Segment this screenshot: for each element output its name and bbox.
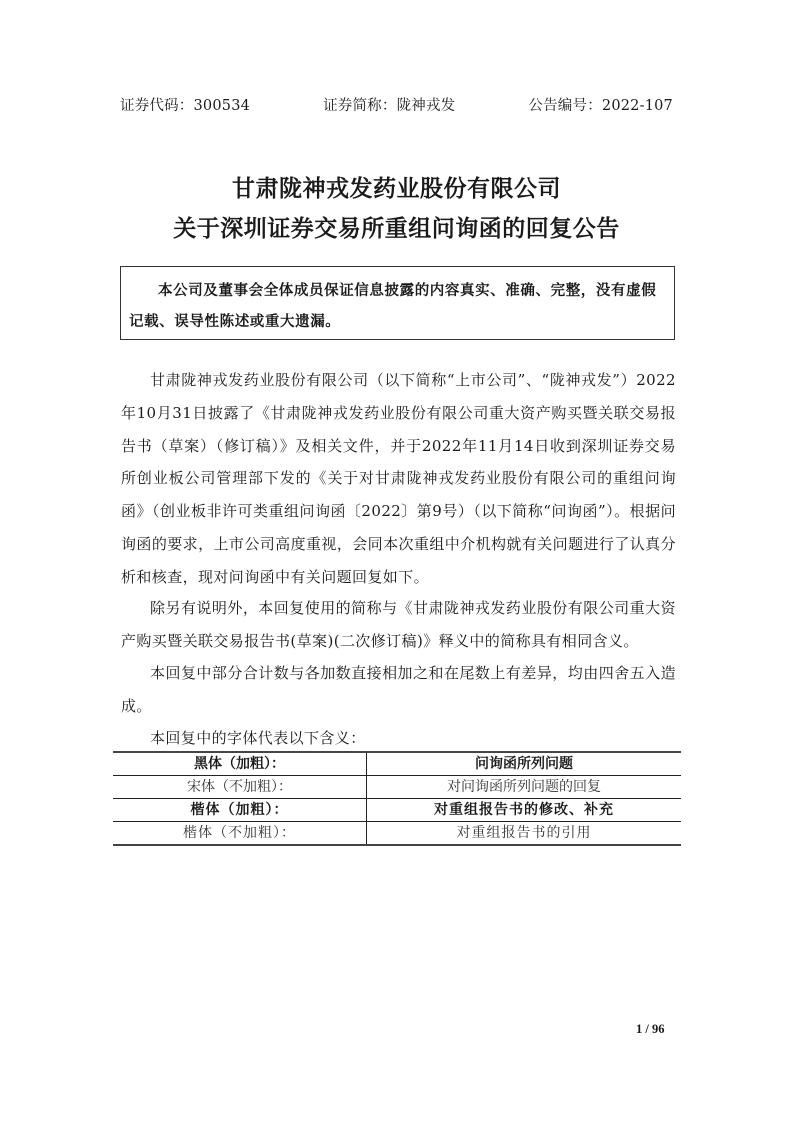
document-title-company: 甘肃陇神戎发药业股份有限公司: [0, 170, 793, 203]
page-number: 1 / 96: [636, 1022, 664, 1037]
table-row: 宋体（不加粗）： 对问询函所列问题的回复: [113, 776, 681, 799]
stock-abbreviation: 证券简称：陇神戎发: [323, 94, 455, 115]
document-title-subject: 关于深圳证券交易所重组问询函的回复公告: [0, 210, 793, 243]
table-row: 楷体（加粗）： 对重组报告书的修改、补充: [113, 799, 681, 822]
legend-meaning-cell: 对重组报告书的引用: [367, 822, 682, 846]
disclosure-notice-text: 本公司及董事会全体成员保证信息披露的内容真实、准确、完整，没有虚假记载、误导性陈…: [129, 283, 656, 330]
legend-font-cell: 宋体（不加粗）：: [113, 776, 367, 799]
font-legend-table: 黑体（加粗）： 问询函所列问题 宋体（不加粗）： 对问询函所列问题的回复 楷体（…: [113, 751, 681, 846]
body-paragraph-abbreviations: 除另有说明外，本回复使用的简称与《甘肃陇神戎发药业股份有限公司重大资产购买暨关联…: [121, 592, 676, 658]
table-row: 楷体（不加粗）： 对重组报告书的引用: [113, 822, 681, 846]
legend-font-cell: 黑体（加粗）：: [113, 752, 367, 776]
body-paragraph-font-legend-intro: 本回复中的字体代表以下含义：: [121, 722, 676, 755]
legend-font-cell: 楷体（加粗）：: [113, 799, 367, 822]
legend-meaning-cell: 问询函所列问题: [367, 752, 682, 776]
document-header: 证券代码：300534 证券简称：陇神戎发 公告编号：2022-107: [120, 94, 673, 115]
stock-code: 证券代码：300534: [120, 94, 250, 115]
legend-meaning-cell: 对重组报告书的修改、补充: [367, 799, 682, 822]
body-paragraph-rounding: 本回复中部分合计数与各加数直接相加之和在尾数上有差异，均由四舍五入造成。: [121, 657, 676, 723]
disclosure-notice-box: 本公司及董事会全体成员保证信息披露的内容真实、准确、完整，没有虚假记载、误导性陈…: [120, 266, 675, 340]
legend-font-cell: 楷体（不加粗）：: [113, 822, 367, 846]
table-row: 黑体（加粗）： 问询函所列问题: [113, 752, 681, 776]
body-paragraph-intro: 甘肃陇神戎发药业股份有限公司（以下简称“上市公司”、“陇神戎发”）2022年10…: [121, 364, 676, 594]
announcement-number: 公告编号：2022-107: [528, 94, 673, 115]
legend-meaning-cell: 对问询函所列问题的回复: [367, 776, 682, 799]
